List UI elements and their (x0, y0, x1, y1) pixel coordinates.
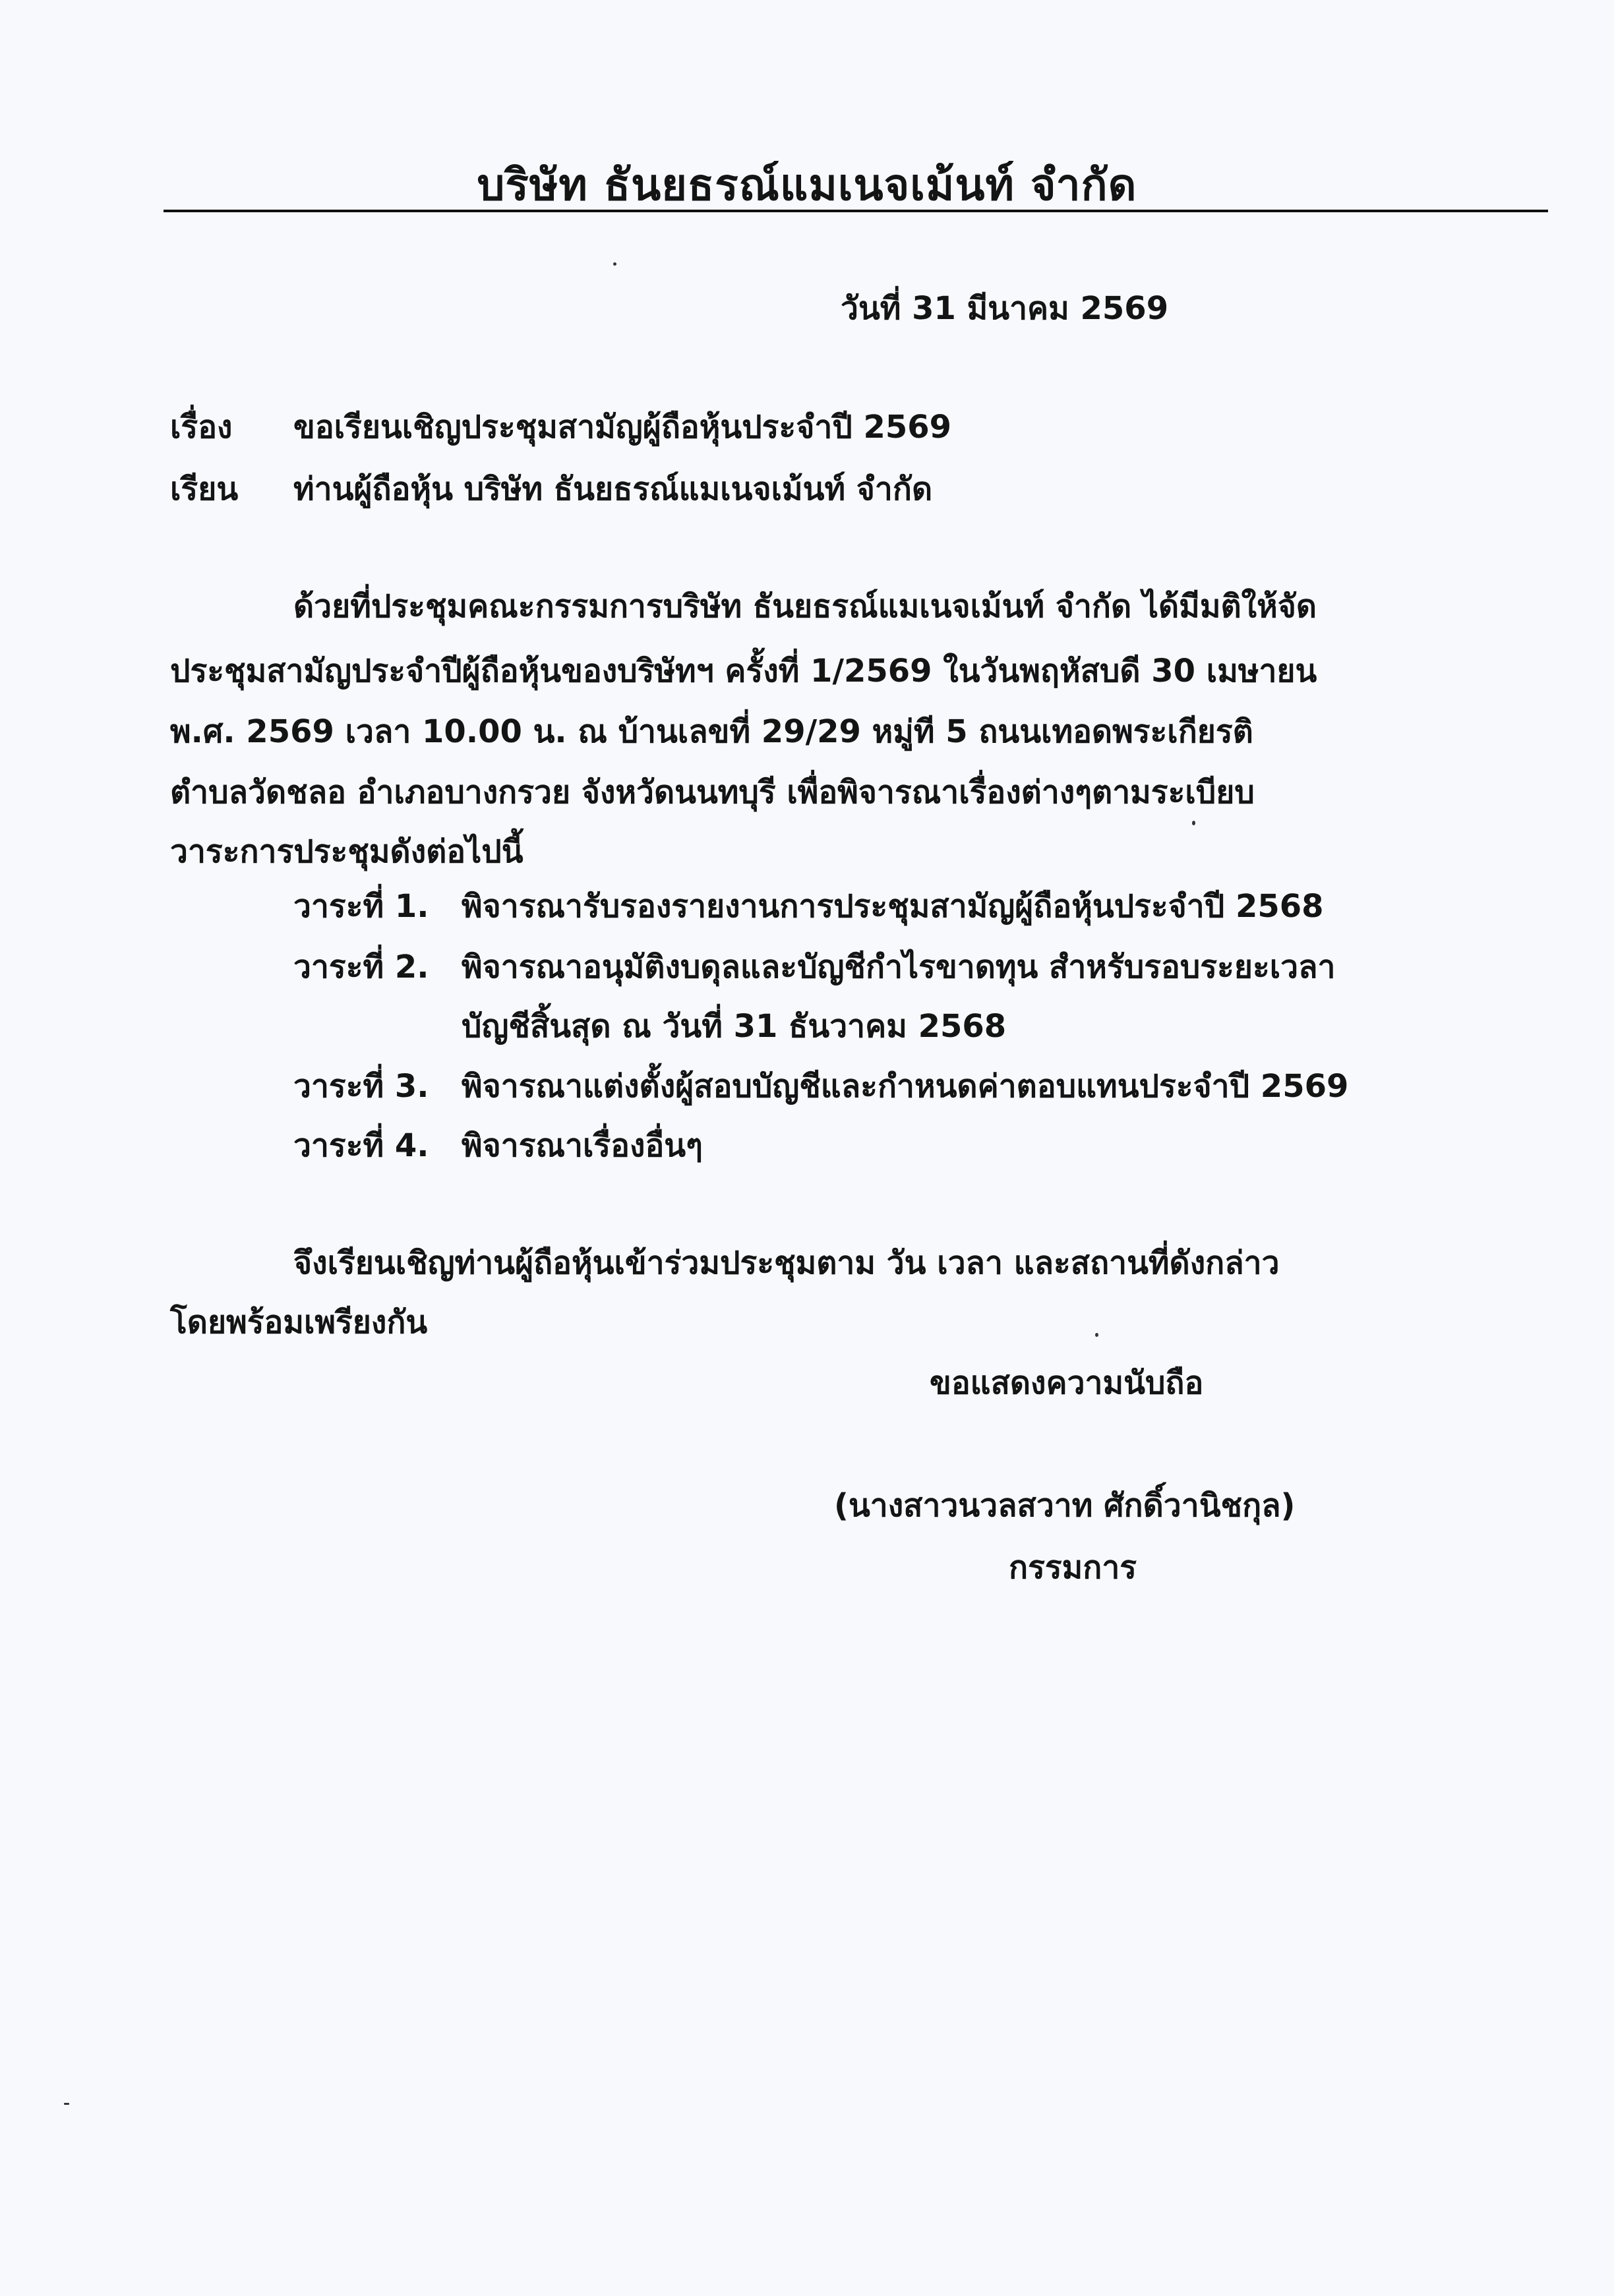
closing-line: จึงเรียนเชิญท่านผู้ถือหุ้นเข้าร่วมประชุม… (293, 1243, 1280, 1283)
scan-speck (1192, 821, 1195, 825)
letter-date: วันที่ 31 มีนาคม 2569 (841, 289, 1168, 328)
agenda-item-1-label: วาระที่ 1. (293, 887, 429, 926)
subject-value: ขอเรียนเชิญประชุมสามัญผู้ถือหุ้นประจำปี … (293, 407, 951, 447)
letter-page: บริษัท ธันยธรณ์แมเนจเม้นท์ จำกัด วันที่ … (0, 0, 1614, 2296)
agenda-item-2-text-cont: บัญชีสิ้นสุด ณ วันที่ 31 ธันวาคม 2568 (462, 1007, 1006, 1046)
agenda-item-4-label: วาระที่ 4. (293, 1126, 429, 1165)
complimentary-close: ขอแสดงความนับถือ (930, 1363, 1203, 1403)
body-line: ตำบลวัดชลอ อำเภอบางกรวย จังหวัดนนทบุรี เ… (170, 773, 1255, 812)
body-line: พ.ศ. 2569 เวลา 10.00 น. ณ บ้านเลขที่ 29/… (170, 712, 1253, 751)
agenda-item-3-text: พิจารณาแต่งตั้งผู้สอบบัญชีและกำหนดค่าตอบ… (462, 1067, 1348, 1106)
subject-label: เรื่อง (170, 407, 232, 447)
agenda-item-2-label: วาระที่ 2. (293, 947, 429, 987)
body-line: วาระการประชุมดังต่อไปนี้ (170, 832, 523, 871)
agenda-item-1-text: พิจารณารับรองรายงานการประชุมสามัญผู้ถือห… (462, 887, 1324, 926)
agenda-item-3-label: วาระที่ 3. (293, 1067, 429, 1106)
recipient-label: เรียน (170, 469, 238, 509)
scan-speck (64, 2103, 69, 2105)
agenda-item-2-text: พิจารณาอนุมัติงบดุลและบัญชีกำไรขาดทุน สำ… (462, 947, 1335, 987)
signer-name: (นางสาวนวลสวาท ศักดิ์วานิชกุล) (834, 1486, 1296, 1525)
closing-line: โดยพร้อมเพรียงกัน (170, 1303, 427, 1342)
agenda-item-4-text: พิจารณาเรื่องอื่นๆ (462, 1126, 703, 1165)
body-line: ด้วยที่ประชุมคณะกรรมการบริษัท ธันยธรณ์แม… (293, 587, 1317, 626)
scan-speck (613, 262, 616, 266)
recipient-value: ท่านผู้ถือหุ้น บริษัท ธันยธรณ์แมเนจเม้นท… (293, 469, 932, 509)
letterhead-divider (164, 210, 1548, 212)
body-line: ประชุมสามัญประจำปีผู้ถือหุ้นของบริษัทฯ ค… (170, 651, 1317, 691)
signer-position: กรรมการ (1009, 1548, 1137, 1587)
scan-speck (1095, 1333, 1098, 1337)
